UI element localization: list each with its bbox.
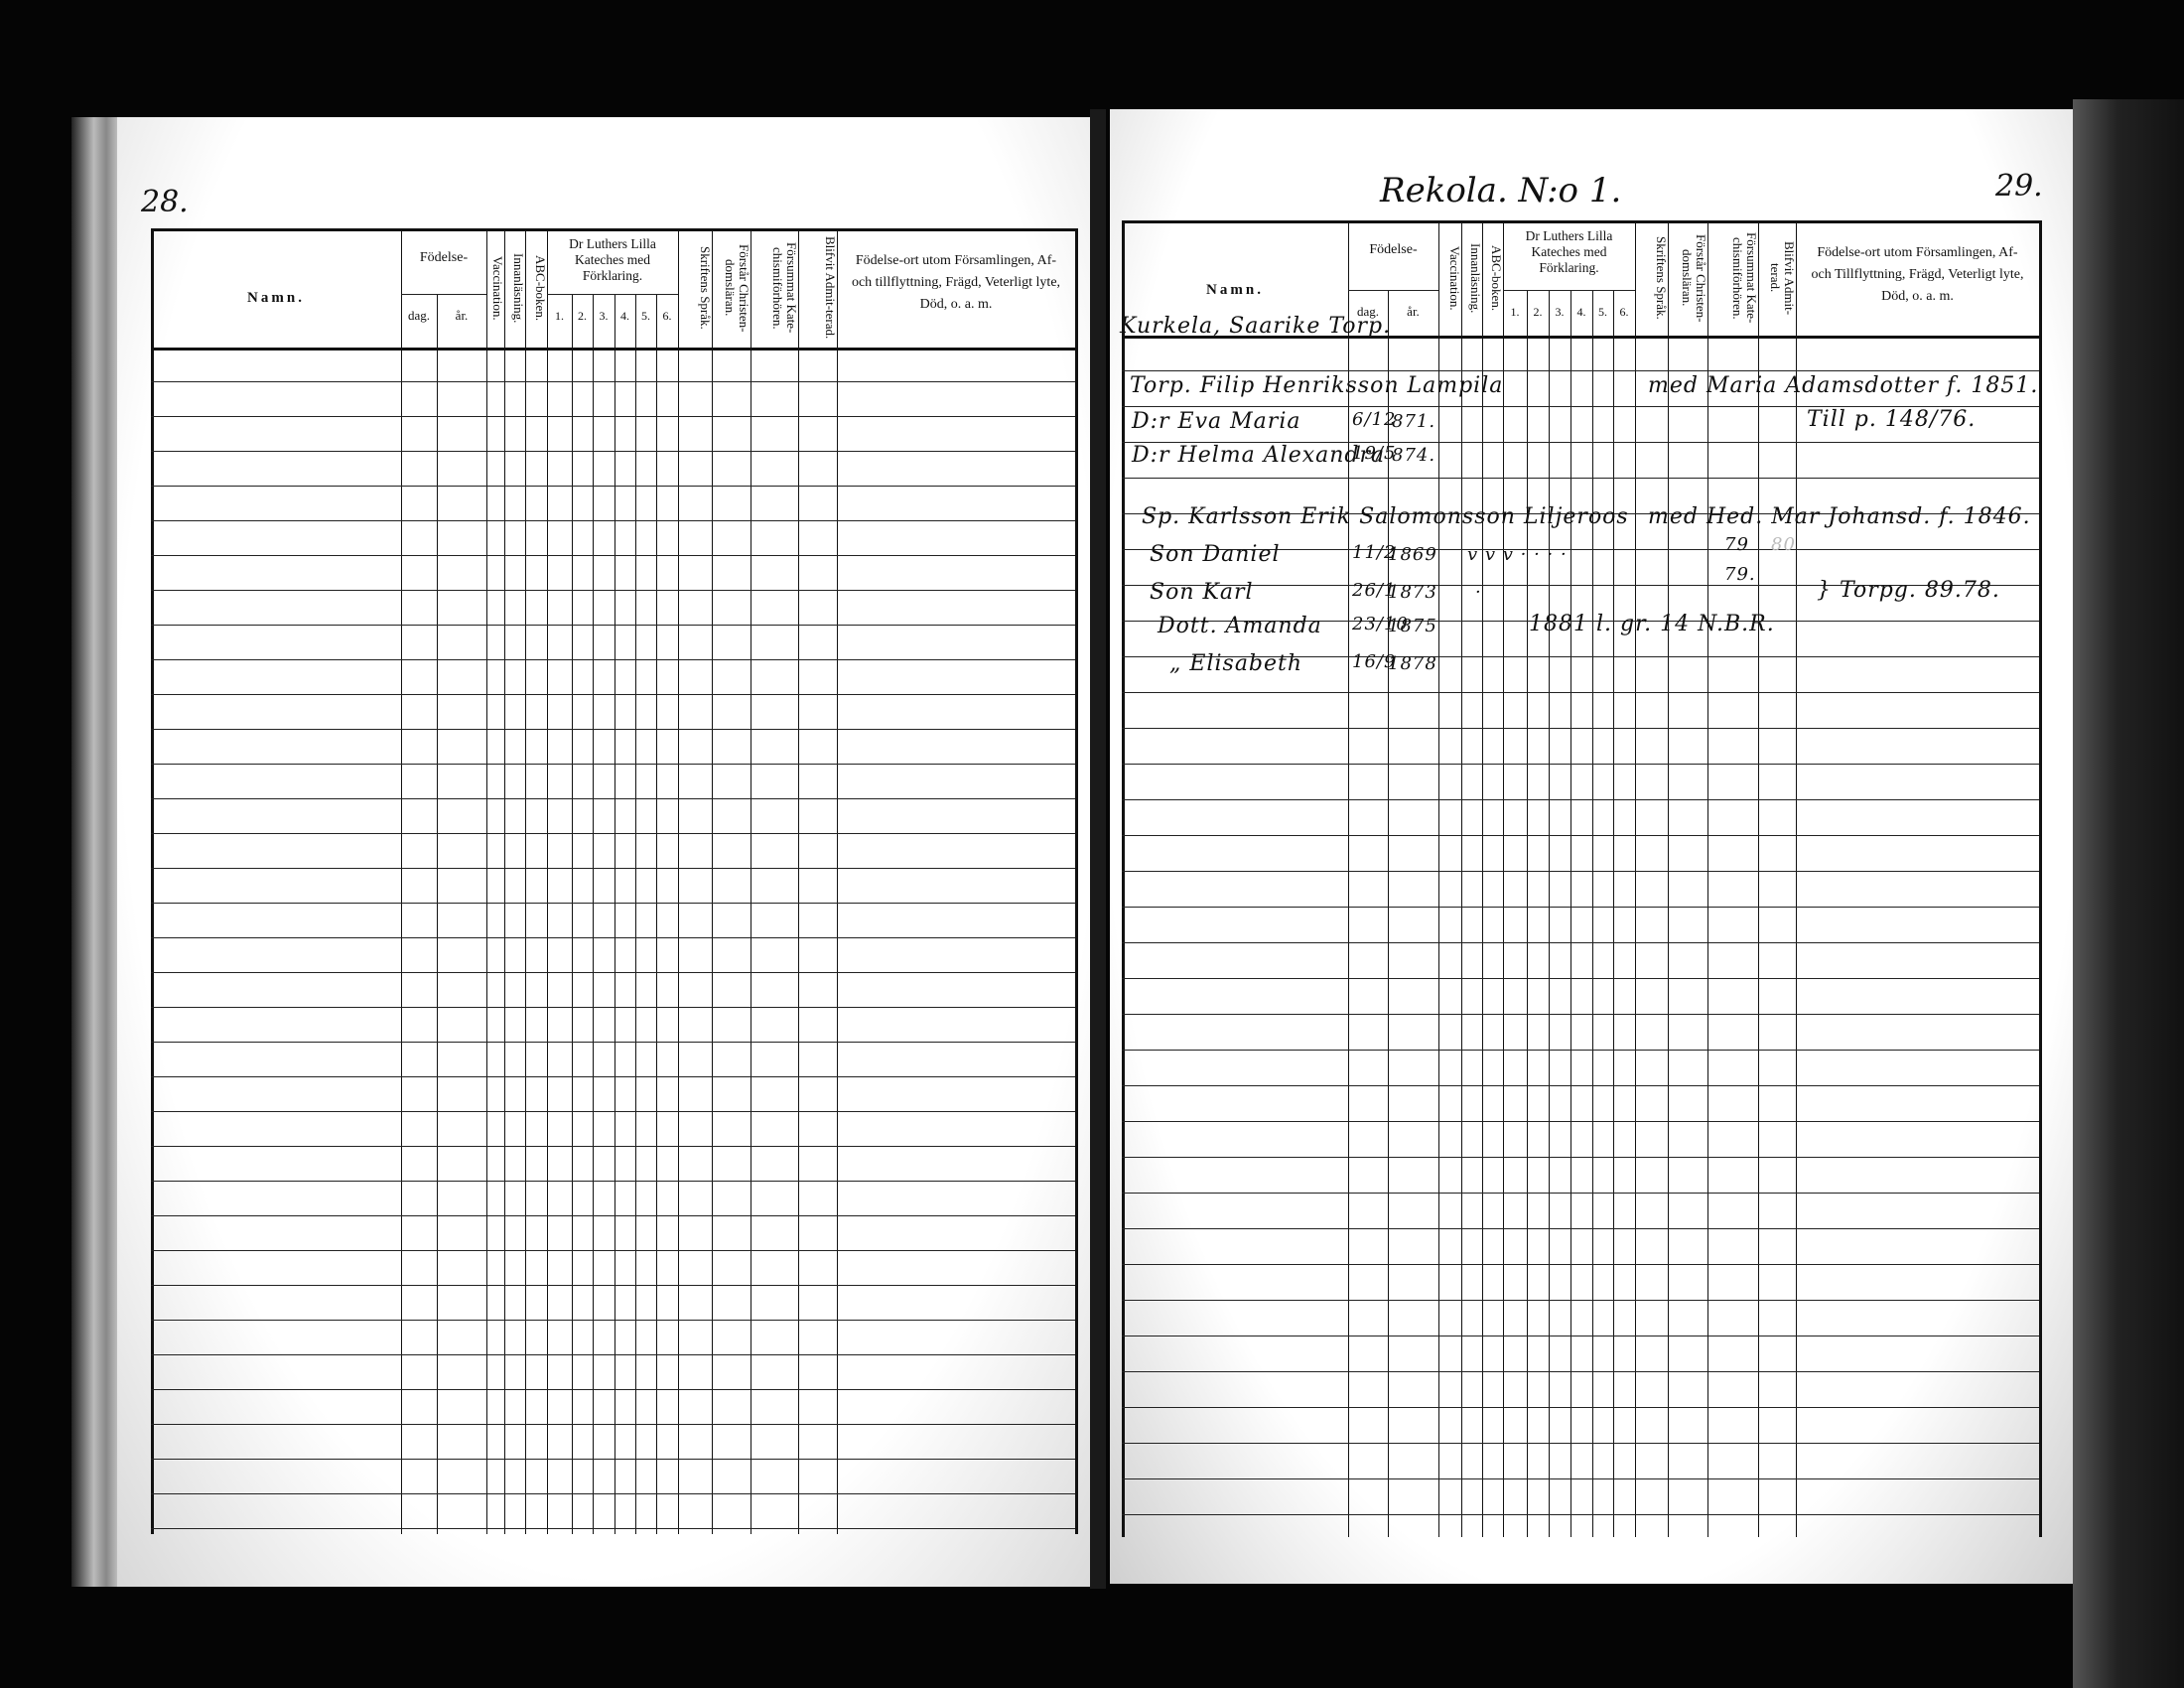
column-divider: [547, 228, 548, 1534]
table-row-line: [1122, 1121, 2039, 1122]
column-divider: [1635, 220, 1636, 1537]
table-row-line: [151, 1528, 1075, 1529]
entry-forsummat: 79: [1724, 534, 1749, 555]
table-row-line: [151, 590, 1075, 591]
table-row-line: [1122, 799, 2039, 800]
table-row-line: [151, 1250, 1075, 1251]
header-blifvit: Blifvit Admit-terad.: [798, 236, 837, 340]
header-namn: Namn.: [151, 290, 401, 306]
entry-ar: 1873: [1388, 582, 1437, 603]
entry-name: Dott. Amanda: [1158, 614, 1322, 638]
entry-name: Sp. Karlsson Erik Salomonsson Liljeroos: [1142, 504, 1629, 529]
table-row-line: [1122, 1157, 2039, 1158]
column-divider: [1668, 220, 1669, 1537]
table-row-line: [151, 1076, 1075, 1077]
subheader-divider: [401, 294, 486, 295]
entry-marks: 1881 l. gr. 14 N.B.R.: [1529, 612, 1775, 636]
table-row-line: [151, 1215, 1075, 1216]
entry-name: Son Daniel: [1150, 542, 1281, 567]
entry-notes: } Torpg. 89.78.: [1817, 578, 2000, 603]
header-ar: år.: [1388, 304, 1438, 320]
left-page: [117, 117, 1106, 1587]
header-katekes-col: 5.: [635, 308, 656, 324]
entry-ar: 1878: [1388, 653, 1437, 674]
entry-forsummat: 79.: [1724, 564, 1756, 585]
header-katekes-col: 2.: [572, 308, 593, 324]
column-divider: [1461, 220, 1462, 1537]
column-divider: [751, 228, 751, 1534]
table-row-line: [1122, 1371, 2039, 1372]
entry-name: D:r Helma Alexandra: [1132, 443, 1385, 468]
table-row-line: [151, 1285, 1075, 1286]
column-divider: [614, 294, 615, 1534]
table-row-line: [151, 1389, 1075, 1390]
column-divider: [593, 294, 594, 1534]
table-row-line: [151, 1493, 1075, 1494]
table-row-line: [151, 1007, 1075, 1008]
column-divider: [1348, 220, 1349, 1537]
subheader-divider: [547, 294, 678, 295]
column-divider: [401, 228, 402, 1534]
header-abc: ABC-boken.: [525, 236, 547, 340]
header-fodelse: Födelse-: [401, 250, 486, 266]
table-row-line: [1122, 370, 2039, 371]
table-row-line: [151, 1042, 1075, 1043]
table-row-line: [1122, 1514, 2039, 1515]
header-forsummat: Försummat Kate-chismiförhören.: [751, 236, 798, 340]
column-divider: [1796, 220, 1797, 1537]
book-gutter: [1090, 109, 1106, 1589]
column-divider: [572, 294, 573, 1534]
table-row-line: [151, 764, 1075, 765]
table-row-line: [151, 903, 1075, 904]
table-row-line: [1122, 1264, 2039, 1265]
header-katekes-col: 3.: [593, 308, 614, 324]
header-vaccination: Vaccination.: [486, 236, 504, 340]
table-row-line: [151, 694, 1075, 695]
page-title: Rekola. N:o 1.: [1380, 171, 1621, 211]
table-row-line: [1122, 978, 2039, 979]
page-number-left: 28.: [141, 185, 189, 219]
column-divider: [486, 228, 487, 1534]
table-right-border: [1075, 228, 1078, 1534]
column-divider: [504, 228, 505, 1534]
table-row-line: [1122, 835, 2039, 836]
header-fodelseort: Födelse-ort utom Församlingen, Af- och T…: [1806, 242, 2029, 308]
header-skriftens: Skriftens Språk.: [678, 236, 712, 340]
header-katekes-col: 1.: [1503, 304, 1527, 320]
table-row-line: [151, 486, 1075, 487]
entry-ar: 1869: [1388, 544, 1437, 565]
header-dag: dag.: [401, 308, 437, 324]
header-vaccination: Vaccination.: [1438, 228, 1461, 328]
book-edge-right: [2073, 99, 2184, 1688]
table-row-line: [1122, 907, 2039, 908]
column-divider: [635, 294, 636, 1534]
table-row-line: [1122, 692, 2039, 693]
header-namn: Namn.: [1122, 282, 1348, 298]
entry-ar: 871.: [1392, 411, 1435, 432]
column-divider: [1438, 220, 1439, 1537]
column-divider: [678, 228, 679, 1534]
column-divider: [712, 228, 713, 1534]
table-row-line: [151, 451, 1075, 452]
entry-name: „ Elisabeth: [1169, 651, 1302, 676]
header-fodelseort: Födelse-ort utom Församlingen, Af- och t…: [847, 250, 1065, 316]
entry-marks: ·: [1475, 582, 1482, 603]
table-row-line: [151, 520, 1075, 521]
subheader-divider: [1348, 290, 1438, 291]
table-row-line: [151, 972, 1075, 973]
subheader-divider: [1503, 290, 1635, 291]
table-row-line: [151, 1354, 1075, 1355]
header-innanlasning: Innanläsning.: [1461, 228, 1482, 328]
header-katekes-col: 2.: [1527, 304, 1549, 320]
entry-ar: 874.: [1392, 445, 1435, 466]
column-divider: [437, 294, 438, 1534]
entry-marks: v v v · · · ·: [1467, 544, 1568, 565]
header-katekes-col: 6.: [656, 308, 678, 324]
header-katekes: Dr Luthers Lilla Kateches med Förklaring…: [1503, 228, 1635, 276]
header-abc: ABC-boken.: [1482, 228, 1503, 328]
entry-dag: 6/12: [1352, 409, 1396, 430]
entry-ar: 1875: [1388, 616, 1437, 636]
table-row-line: [151, 1424, 1075, 1425]
table-row-line: [151, 1111, 1075, 1112]
header-katekes-col: 3.: [1549, 304, 1570, 320]
table-row-line: [151, 555, 1075, 556]
table-row-line: [1122, 1443, 2039, 1444]
table-row-line: [151, 1320, 1075, 1321]
table-row-line: [1122, 1014, 2039, 1015]
entry-blifvit: 80: [1771, 534, 1796, 555]
column-divider: [1758, 220, 1759, 1537]
table-row-line: [1122, 764, 2039, 765]
entry-name: D:r Eva Maria: [1132, 409, 1300, 434]
table-row-line: [1122, 1407, 2039, 1408]
table-row-line: [1122, 1300, 2039, 1301]
header-katekes-col: 1.: [547, 308, 572, 324]
page-number-right: 29.: [1995, 169, 2043, 204]
header-fodelse: Födelse-: [1348, 242, 1438, 258]
entry-notes: Till p. 148/76.: [1807, 407, 1976, 432]
table-left-border: [1122, 220, 1125, 1537]
header-katekes: Dr Luthers Lilla Kateches med Förklaring…: [547, 236, 678, 284]
table-row-line: [151, 1459, 1075, 1460]
table-row-line: [151, 798, 1075, 799]
table-row-line: [1122, 1050, 2039, 1051]
table-row-line: [151, 833, 1075, 834]
table-row-line: [1122, 1478, 2039, 1479]
table-row-line: [151, 868, 1075, 869]
header-innanlasning: Innanläsning.: [504, 236, 525, 340]
table-right-border: [2039, 220, 2042, 1537]
table-row-line: [1122, 871, 2039, 872]
header-katekes-col: 4.: [1570, 304, 1592, 320]
column-divider: [656, 294, 657, 1534]
section-heading: Kurkela, Saarike Torp.: [1120, 314, 1391, 339]
table-row-line: [151, 659, 1075, 660]
column-divider: [1503, 220, 1504, 1537]
header-forstar: Förstår Christen-domsläran.: [1668, 228, 1707, 328]
header-katekes-col: 5.: [1592, 304, 1613, 320]
header-bottom-border: [151, 348, 1075, 351]
column-divider: [1707, 220, 1708, 1537]
table-row-line: [1122, 1193, 2039, 1194]
header-blifvit: Blifvit Admit-terad.: [1758, 228, 1796, 328]
header-katekes-col: 4.: [614, 308, 635, 324]
table-row-line: [151, 937, 1075, 938]
table-row-line: [151, 729, 1075, 730]
book-binding-left: [71, 117, 121, 1587]
header-ar: år.: [437, 308, 486, 324]
column-divider: [1482, 220, 1483, 1537]
header-katekes-col: 6.: [1613, 304, 1635, 320]
column-divider: [525, 228, 526, 1534]
table-row-line: [1122, 942, 2039, 943]
entry-dag: 19/5: [1352, 443, 1396, 464]
entry-extra: med Maria Adamsdotter f. 1851.: [1648, 373, 2038, 398]
table-row-line: [1122, 1228, 2039, 1229]
table-top-border: [151, 228, 1075, 231]
entry-extra: med Hed. Mar Johansd. f. 1846.: [1648, 504, 2031, 529]
header-skriftens: Skriftens Språk.: [1635, 228, 1668, 328]
table-row-line: [151, 1181, 1075, 1182]
table-row-line: [151, 625, 1075, 626]
table-row-line: [1122, 728, 2039, 729]
table-row-line: [151, 1146, 1075, 1147]
table-top-border: [1122, 220, 2039, 223]
column-divider: [837, 228, 838, 1534]
entry-name: Torp. Filip Henriksson Lampila: [1130, 373, 1503, 398]
header-forstar: Förstår Christen-domsläran.: [712, 236, 751, 340]
table-row-line: [1122, 1085, 2039, 1086]
table-row-line: [1122, 1336, 2039, 1336]
table-left-border: [151, 228, 154, 1534]
column-divider: [798, 228, 799, 1534]
table-row-line: [151, 416, 1075, 417]
table-row-line: [1122, 478, 2039, 479]
header-forsummat: Försummat Kate-chismiförhören.: [1707, 228, 1758, 328]
table-row-line: [151, 381, 1075, 382]
entry-name: Son Karl: [1150, 580, 1254, 605]
